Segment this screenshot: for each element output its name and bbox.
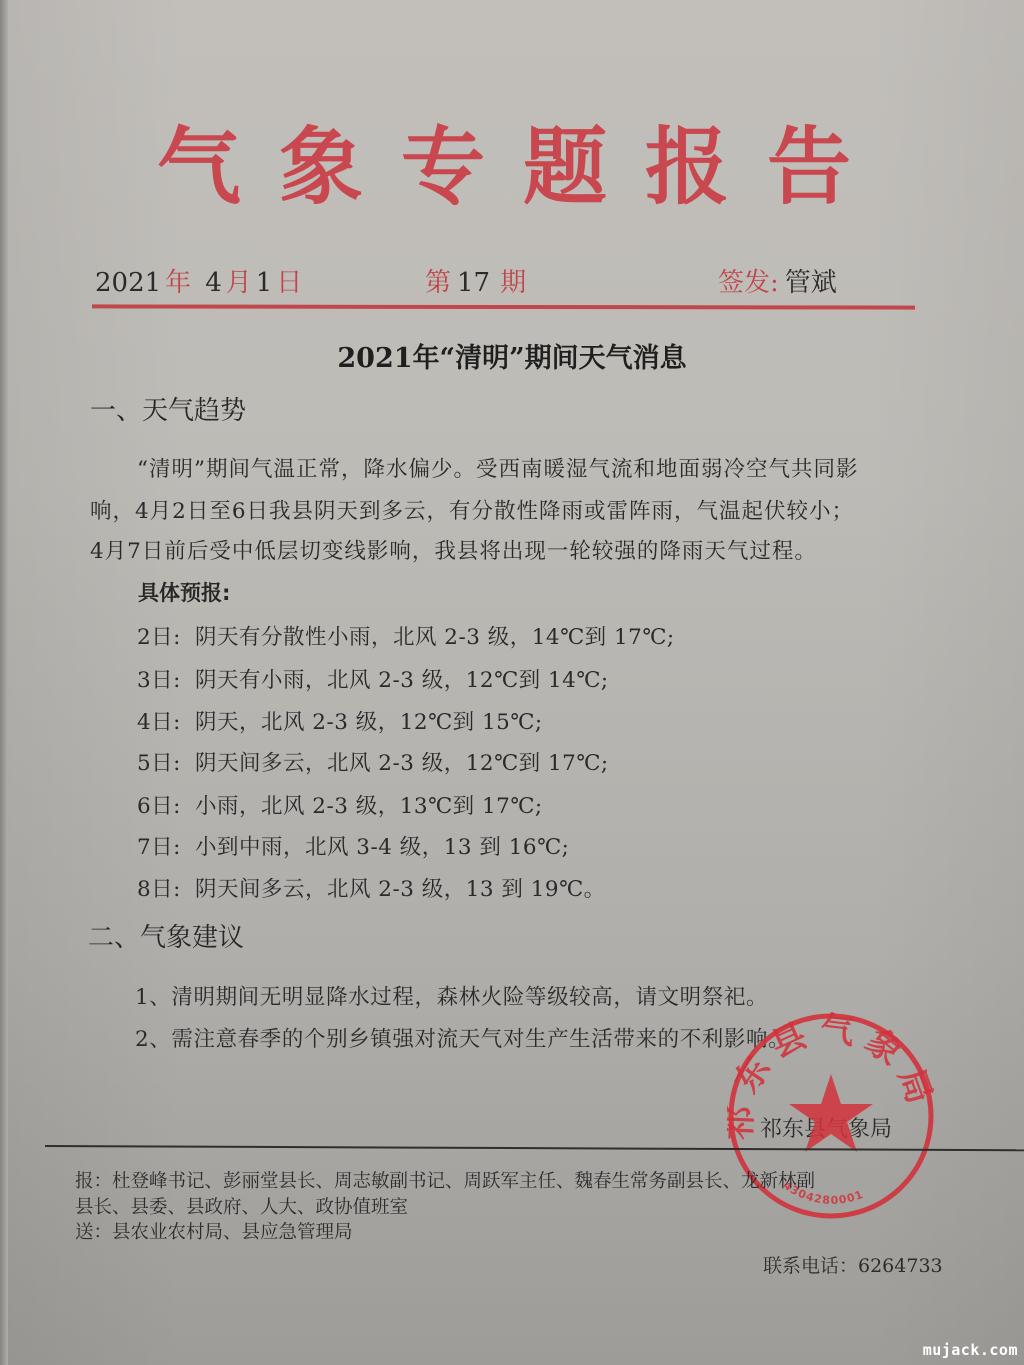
issue-number: 第17期	[425, 262, 526, 299]
document-title: 2021年“清明”期间天气消息	[0, 336, 1024, 375]
signer: 签发:管斌	[718, 262, 837, 299]
forecast-text: 阴天间多云，北风 2-3 级，13 到 19℃。	[195, 877, 606, 902]
trend-paragraph-line-2: 响，4月2日至6日我县阴天到多云，有分散性降雨或雷阵雨，气温起伏较小；	[90, 494, 854, 525]
signer-label: 签发:	[718, 268, 779, 298]
issue-prefix: 第	[425, 268, 451, 298]
forecast-item: 4日:阴天，北风 2-3 级，12℃到 15℃;	[137, 705, 543, 736]
send-recipients: 送：县农业农村局、县应急管理局	[75, 1218, 353, 1244]
date-year-unit: 年	[165, 268, 191, 298]
forecast-text: 阴天间多云，北风 2-3 级，12℃到 17℃;	[195, 751, 609, 776]
issue-date: 2021年4月1日	[95, 262, 302, 299]
forecast-day: 6日:	[137, 794, 181, 819]
issue-suffix: 期	[500, 268, 526, 298]
forecast-item: 2日:阴天有分散性小雨，北风 2-3 级，14℃到 17℃;	[137, 620, 675, 651]
forecast-day: 8日:	[137, 877, 181, 902]
section-heading-advice: 二、气象建议	[88, 917, 244, 954]
date-month-unit: 月	[226, 268, 252, 298]
forecast-item: 3日:阴天有小雨，北风 2-3 级，12℃到 14℃;	[137, 663, 609, 694]
issue-value: 17	[457, 268, 490, 298]
forecast-heading: 具体预报:	[138, 577, 230, 607]
site-watermark: mujack.com	[923, 1341, 1018, 1359]
forecast-item: 8日:阴天间多云，北风 2-3 级，13 到 19℃。	[137, 872, 606, 903]
forecast-day: 4日:	[137, 710, 181, 735]
forecast-text: 小雨，北风 2-3 级，13℃到 17℃;	[195, 794, 543, 819]
report-recipients-line-1: 报：杜登峰书记、彭丽堂县长、周志敏副书记、周跃军主任、魏春生常务副县长、龙新林副	[75, 1167, 815, 1193]
date-year: 2021	[95, 268, 161, 298]
signer-name: 管斌	[785, 268, 837, 298]
report-recipients-line-2: 县长、县委、县政府、人大、政协值班室	[75, 1193, 408, 1219]
advice-item: 1、清明期间无明显降水过程，森林火险等级较高，请文明祭祀。	[135, 980, 768, 1011]
forecast-item: 5日:阴天间多云，北风 2-3 级，12℃到 17℃;	[137, 746, 609, 777]
red-divider	[92, 304, 915, 309]
forecast-text: 阴天，北风 2-3 级，12℃到 15℃;	[195, 710, 543, 735]
contact-phone: 联系电话：6264733	[763, 1251, 943, 1278]
forecast-day: 2日:	[137, 625, 181, 650]
date-month: 4	[205, 268, 222, 298]
trend-paragraph-line-1: “清明”期间气温正常，降水偏少。受西南暖湿气流和地面弱冷空气共同影	[137, 452, 859, 483]
forecast-item: 6日:小雨，北风 2-3 级，13℃到 17℃;	[137, 789, 543, 820]
advice-item: 2、需注意春季的个别乡镇强对流天气对生产生活带来的不利影响。	[135, 1022, 790, 1053]
trend-paragraph-line-3: 4月7日前后受中低层切变线影响，我县将出现一轮较强的降雨天气过程。	[90, 534, 817, 565]
forecast-day: 3日:	[137, 668, 181, 693]
date-day: 1	[256, 268, 273, 298]
section-heading-weather-trend: 一、天气趋势	[90, 390, 246, 427]
forecast-item: 7日:小到中雨，北风 3-4 级，13 到 16℃;	[137, 830, 569, 861]
forecast-text: 阴天有小雨，北风 2-3 级，12℃到 14℃;	[195, 668, 609, 693]
forecast-day: 5日:	[137, 751, 181, 776]
masthead-title: 气象专题报告	[0, 100, 1024, 221]
forecast-text: 阴天有分散性小雨，北风 2-3 级，14℃到 17℃;	[195, 625, 675, 650]
date-day-unit: 日	[276, 268, 302, 298]
forecast-day: 7日:	[137, 835, 181, 860]
forecast-text: 小到中雨，北风 3-4 级，13 到 16℃;	[195, 835, 569, 860]
